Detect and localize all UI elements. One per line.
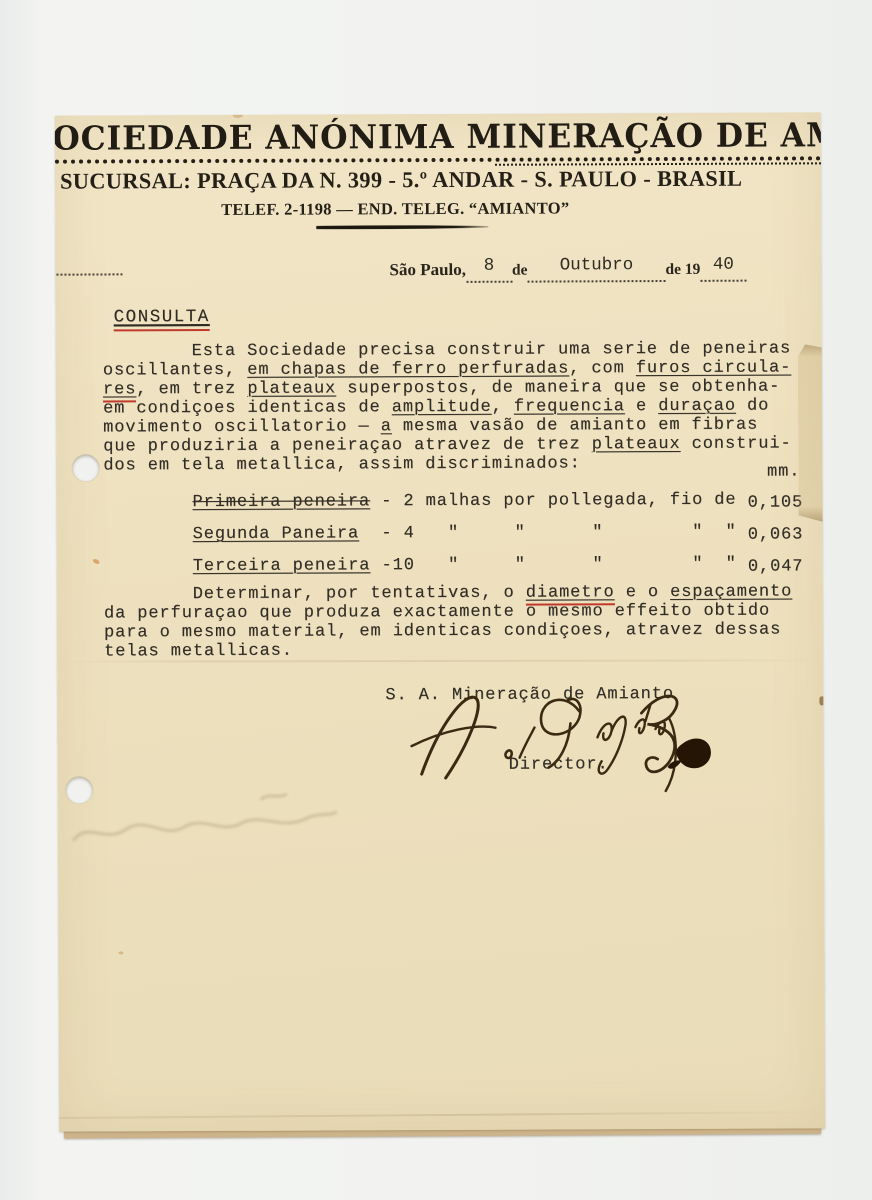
dateline-month-blank: Outubro (527, 259, 665, 283)
letterhead-address: SUCURSAL: PRAÇA DA N. 399 - 5.º ANDAR - … (60, 166, 742, 195)
letter-page: SOCIEDADE ANÓNIMA MINERAÇÃO DE AMIANTO S… (55, 112, 825, 1131)
dateline-year-blank: 40 (700, 259, 746, 282)
sieve-spec-list: Primeira peneira - 2 malhas por pollegad… (192, 484, 803, 583)
dateline-month-value: Outubro (560, 255, 634, 275)
stain-speck (819, 696, 825, 705)
dateline-day-value: 8 (484, 256, 495, 276)
paper-crease (57, 659, 823, 662)
dateline-de2: de 19 (665, 261, 700, 278)
body-paragraph-1: Esta Sociedade precisa construir uma ser… (103, 339, 792, 475)
body-paragraph-2: Determinar, por tentativas, o diametro e… (104, 582, 793, 661)
unit-label: mm. (767, 462, 800, 481)
margin-dotted-line (55, 273, 123, 275)
ink-blot (668, 738, 711, 768)
punch-hole-top (72, 454, 99, 481)
letterhead-divider-flourish (316, 225, 488, 230)
subject-heading: CONSULTA (114, 307, 210, 331)
dateline-day-blank: 8 (466, 260, 512, 283)
dateline-de1: de (512, 262, 528, 279)
letterhead-contact: TELEF. 2-1198 — END. TELEG. “AMIANTO” (221, 198, 569, 220)
stain-speck (92, 558, 100, 565)
paper-crease-lower (59, 1111, 825, 1119)
dateline-city: São Paulo, (389, 260, 466, 279)
dateline-year-value: 40 (713, 255, 734, 275)
director-title: Director. (509, 755, 609, 774)
punch-hole-bottom (66, 777, 93, 804)
closing-company-name: S. A. Mineração de Amianto (385, 685, 674, 705)
letterhead-company-name: SOCIEDADE ANÓNIMA MINERAÇÃO DE AMIANTO (55, 115, 825, 158)
dateline: São Paulo,8deOutubrode 1940 (389, 259, 746, 284)
tape-repair (798, 344, 825, 522)
bleed-through-handwriting (66, 786, 346, 857)
stain-speck (118, 951, 123, 954)
stain-speck (233, 113, 243, 118)
